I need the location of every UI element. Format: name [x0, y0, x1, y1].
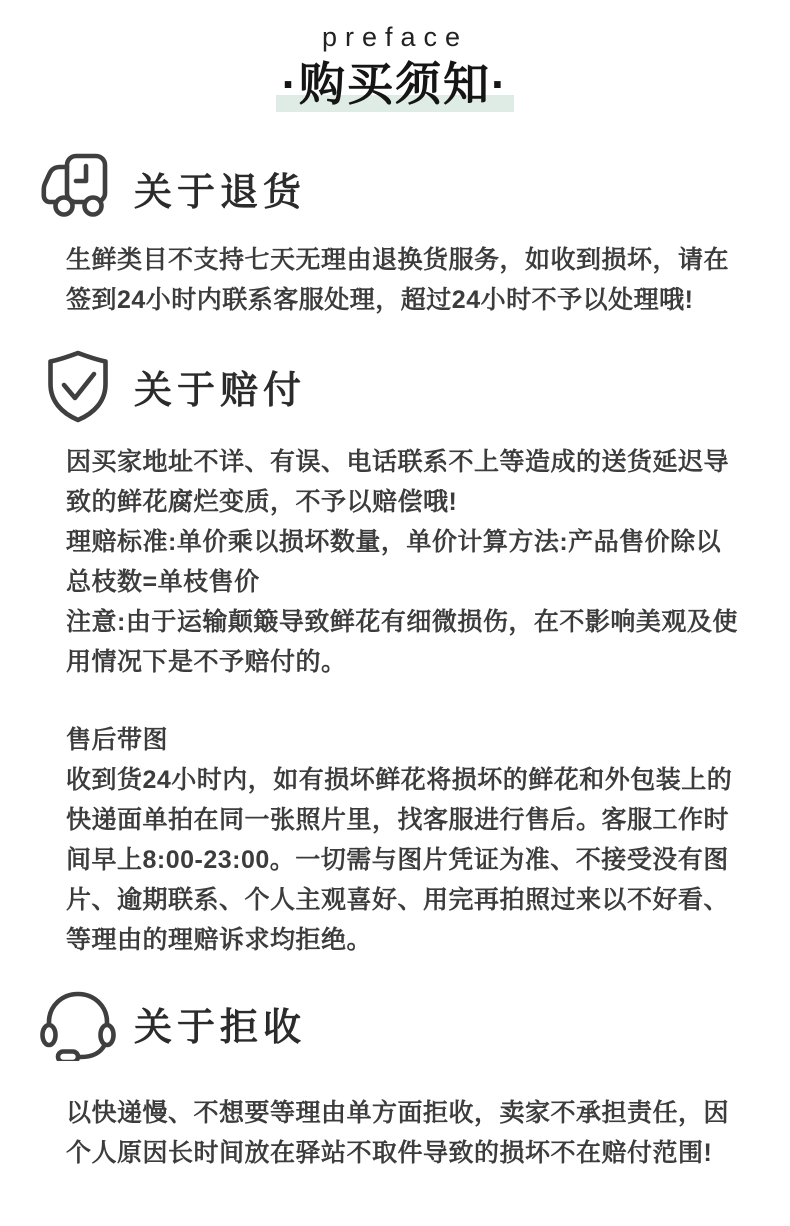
compensation-paragraph-1: 因买家地址不详、有误、电话联系不上等造成的送货延迟导 致的鲜花腐烂变质，不予以赔…: [66, 442, 766, 682]
returns-paragraph: 生鲜类目不支持七天无理由退换货服务，如收到损坏，请在 签到24小时内联系客服处理…: [66, 240, 766, 320]
page-title-row: ·购买须知·: [0, 56, 790, 112]
preface-label: preface: [0, 22, 790, 53]
section-title-compensation: 关于赔付: [134, 359, 306, 414]
section-title-returns: 关于退货: [134, 161, 306, 216]
page-title: ·购买须知·: [276, 56, 515, 112]
section-header-compensation: 关于赔付: [40, 348, 306, 424]
purchase-notice-page: preface ·购买须知· 关于退货 生鲜类目不支持七天无理由退换货服务，如收…: [0, 0, 790, 1226]
compensation-paragraph-2: 售后带图 收到货24小时内，如有损坏鲜花将损坏的鲜花和外包装上的 快递面单拍在同…: [66, 720, 766, 960]
rejection-paragraph: 以快递慢、不想要等理由单方面拒收，卖家不承担责任，因 个人原因长时间放在驿站不取…: [66, 1093, 766, 1173]
shield-check-icon: [40, 348, 116, 424]
section-header-rejection: 关于拒收: [40, 985, 306, 1061]
truck-clock-icon: [40, 150, 116, 226]
section-title-rejection: 关于拒收: [134, 996, 306, 1051]
headset-icon: [40, 985, 116, 1061]
section-header-returns: 关于退货: [40, 150, 306, 226]
